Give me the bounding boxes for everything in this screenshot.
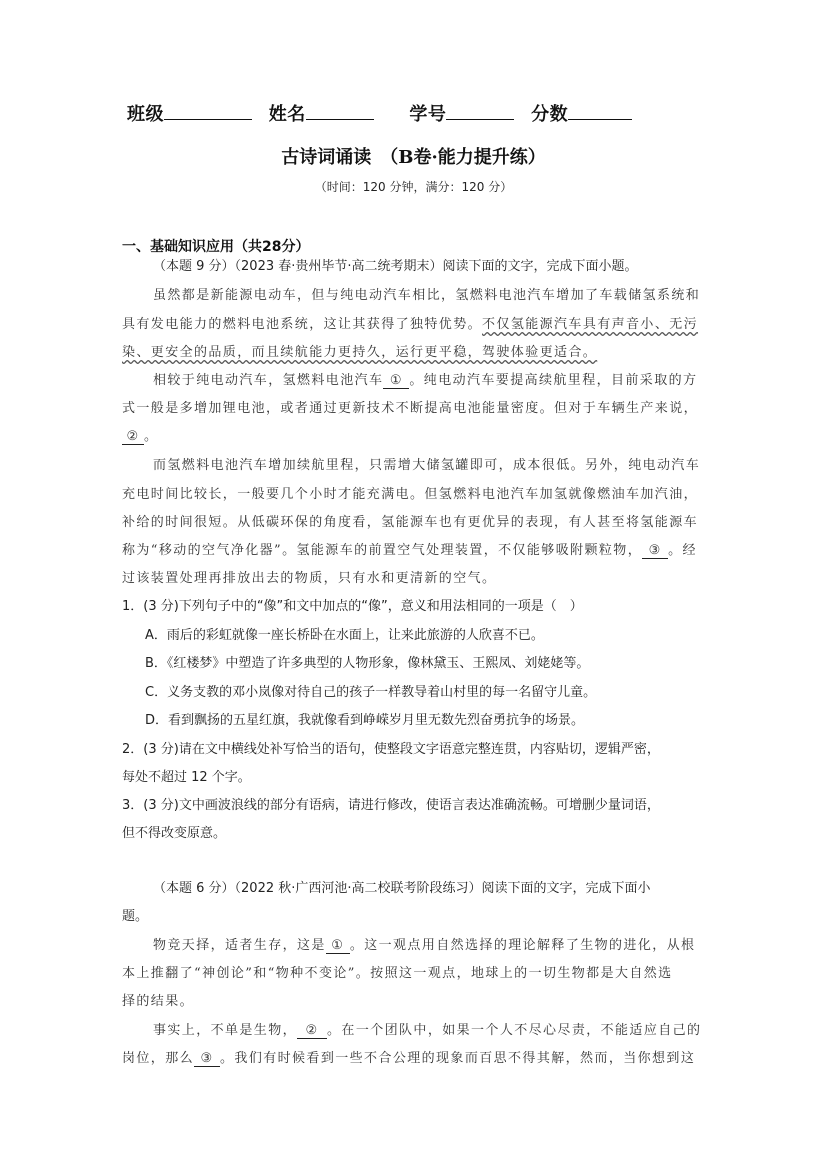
passage-line: 式一般是多增加锂电池，或者通过更新技术不断提高电池能量密度。但对于车辆生产来说，	[122, 397, 698, 416]
option-c[interactable]: C．义务支教的邓小岚像对待自己的孩子一样教导着山村里的每一名留守儿童。	[145, 681, 596, 700]
passage-text: 岗位，那么	[122, 1051, 194, 1066]
student-info-row: 班级 姓名 学号 分数	[127, 100, 642, 126]
passage-text: 事实上，不单是生物，	[153, 1023, 297, 1038]
passage-text: 。我们有时候看到一些不合公理的现象而百思不得其解，然而，当你想到这	[220, 1051, 695, 1066]
option-a[interactable]: A．雨后的彩虹就像一座长桥卧在水面上，让来此旅游的人欣喜不已。	[145, 624, 544, 643]
page-title: 古诗词诵读 （B卷·能力提升练）	[0, 143, 827, 169]
fill-blank-1[interactable]: ①	[326, 938, 350, 954]
fill-blank-2[interactable]: ②	[122, 429, 144, 445]
passage-line: 染、更安全的品质，而且续航能力更持久，运行更平稳，驾驶体验更适合。	[122, 341, 597, 360]
passage-line: 事实上，不单是生物，②。在一个团队中，如果一个人不尽心尽责，不能适应自己的	[153, 1019, 701, 1039]
student-id-blank[interactable]	[446, 101, 514, 120]
question-3-stem-cont: 但不得改变原意。	[122, 822, 226, 841]
score-label: 分数	[531, 104, 568, 125]
passage-line: 而氢燃料电池汽车增加续航里程，只需增大储氢罐即可，成本很低。另外，纯电动汽车	[153, 454, 700, 473]
passage-text: 。在一个团队中，如果一个人不尽心尽责，不能适应自己的	[327, 1023, 701, 1038]
passage-text: 。纯电动汽车要提高续航里程，目前采取的方	[409, 373, 697, 388]
passage-text: 相较于纯电动汽车，氢燃料电池汽车	[153, 373, 383, 388]
fill-blank-1[interactable]: ①	[383, 373, 409, 389]
fill-blank-3[interactable]: ③	[194, 1051, 220, 1067]
class-blank[interactable]	[164, 101, 252, 120]
exam-time-info: （时间：120 分钟，满分：120 分）	[0, 178, 827, 195]
passage-line: 具有发电能力的燃料电池系统，这让其获得了独特优势。不仅氢能源汽车具有声音小、无污	[122, 313, 698, 332]
question-2-stem: 2．(3 分)请在文中横线处补写恰当的语句，使整段文字语意完整连贯，内容贴切，逻…	[122, 738, 660, 757]
passage-line: 虽然都是新能源电动车，但与纯电动汽车相比，氢燃料电池汽车增加了车载储氢系统和	[153, 284, 700, 303]
passage-line: 岗位，那么③。我们有时候看到一些不合公理的现象而百思不得其解，然而，当你想到这	[122, 1047, 695, 1067]
passage-line: 称为“移动的空气净化器”。氢能源车的前置空气处理装置，不仅能够吸附颗粒物，③。经	[122, 539, 697, 559]
passage-text: 具有发电能力的燃料电池系统，这让其获得了独特优势。	[122, 317, 482, 332]
passage-line: 过该装置处理再排放出去的物质，只有水和更清新的空气。	[122, 567, 496, 586]
passage-line: 相较于纯电动汽车，氢燃料电池汽车①。纯电动汽车要提高续航里程，目前采取的方	[153, 369, 697, 389]
question-1-stem: 1．(3 分)下列句子中的“像”和文中加点的“像”，意义和用法相同的一项是（ ）	[122, 595, 583, 614]
passage-line: 本上推翻了“神创论”和“物种不变论”。按照这一观点，地球上的一切生物都是大自然选	[122, 962, 673, 981]
passage-line: 择的结果。	[122, 990, 194, 1009]
wavy-underlined-text: 染、更安全的品质，而且续航能力更持久，运行更平稳，驾驶体验更适合。	[122, 345, 597, 360]
passage-line: 充电时间比较长，一般要几个小时才能充满电。但氢燃料电池汽车加氢就像燃油车加汽油，	[122, 483, 698, 502]
class-label: 班级	[127, 104, 164, 125]
question-intro-cont: 题。	[122, 905, 148, 924]
question-intro: （本题 6 分）（2022 秋·广西河池·高二校联考阶段练习）阅读下面的文字，完…	[153, 877, 651, 896]
passage-text: 。经	[668, 543, 697, 558]
passage-text: 称为“移动的空气净化器”。氢能源车的前置空气处理装置，不仅能够吸附颗粒物，	[122, 543, 642, 558]
option-b[interactable]: B．《红楼梦》中塑造了许多典型的人物形象，像林黛玉、王熙凤、刘姥姥等。	[145, 652, 589, 671]
wavy-underlined-text: 不仅氢能源汽车具有声音小、无污	[482, 317, 698, 332]
question-intro: （本题 9 分）（2023 春·贵州毕节·高二统考期末）阅读下面的文字，完成下面…	[153, 255, 638, 274]
question-3-stem: 3．(3 分)文中画波浪线的部分有语病，请进行修改，使语言表达准确流畅。可增删少…	[122, 794, 660, 813]
option-d[interactable]: D．看到飘扬的五星红旗，我就像看到峥嵘岁月里无数先烈奋勇抗争的场景。	[145, 709, 584, 728]
passage-text: 。这一观点用自然选择的理论解释了生物的进化，从根	[350, 938, 696, 953]
passage-line: 物竞天择，适者生存，这是①。这一观点用自然选择的理论解释了生物的进化，从根	[153, 934, 695, 954]
score-blank[interactable]	[568, 101, 632, 120]
fill-blank-3[interactable]: ③	[642, 543, 668, 559]
student-id-label: 学号	[409, 104, 446, 125]
passage-line: 补给的时间很短。从低碳环保的角度看，氢能源车也有更优异的表现，有人甚至将氢能源车	[122, 511, 698, 530]
section-heading: 一、基础知识应用（共28分）	[122, 236, 309, 256]
passage-text: 。	[144, 429, 158, 444]
passage-line: ②。	[122, 425, 158, 445]
name-label: 姓名	[269, 104, 306, 125]
fill-blank-2[interactable]: ②	[297, 1023, 327, 1039]
name-blank[interactable]	[306, 101, 374, 120]
passage-text: 物竞天择，适者生存，这是	[153, 938, 326, 953]
question-2-stem-cont: 每处不超过 12 个字。	[122, 766, 251, 785]
